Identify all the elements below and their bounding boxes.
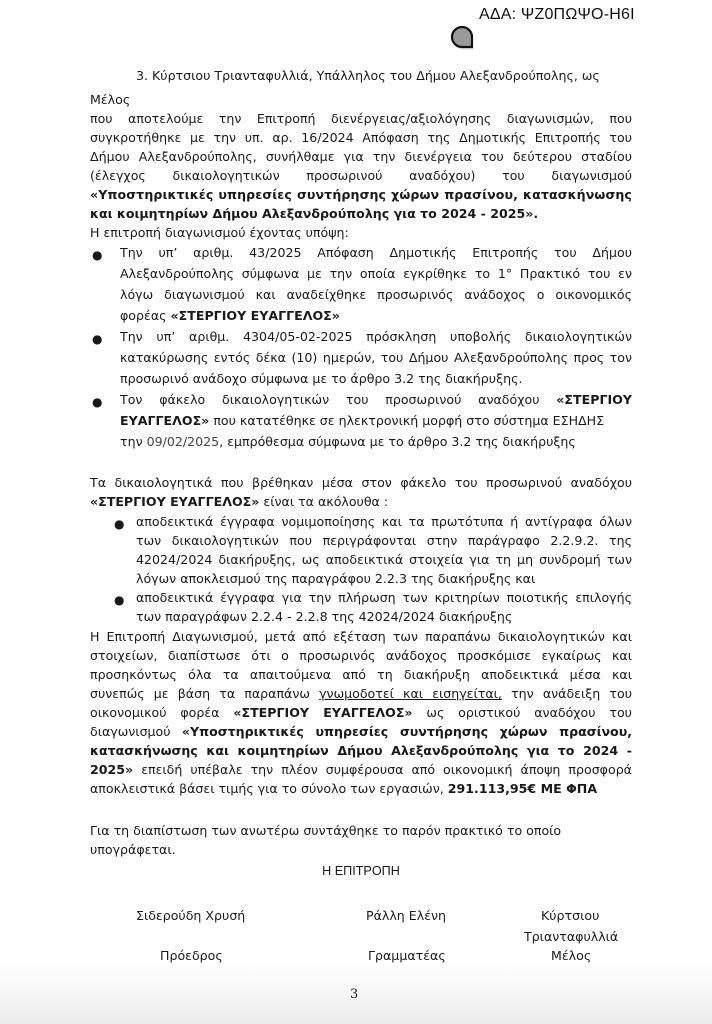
- signatory-role-secretary: Γραμματέας: [368, 948, 446, 963]
- drop-pin-icon: [449, 25, 475, 51]
- consideration-line: ΕΥΑΓΓΕΛΟΣ» που κατατέθηκε σε ηλεκτρονική…: [120, 412, 632, 431]
- document-item-line: 42024/2024 διακήρυξης, ως αποδεικτικά στ…: [136, 551, 632, 570]
- contract-amount: 291.113,95€ ΜΕ ΦΠΑ: [448, 781, 597, 796]
- text: διαγωνισμού: [90, 724, 182, 739]
- text: συνεπώς με βάση τα παραπάνω: [90, 686, 319, 701]
- signatory-name-secretary: Ράλλη Ελένη: [366, 908, 446, 923]
- bullet-icon: ●: [92, 330, 102, 349]
- bullet-icon: ●: [114, 515, 124, 534]
- signatory-name-chair: Σιδερούδη Χρυσή: [136, 908, 245, 923]
- consideration-line: Τον φάκελο δικαιολογητικών του προσωρινο…: [120, 391, 632, 410]
- document-item-line: των δικαιολογητικών που περιγράφονται στ…: [136, 532, 632, 551]
- text: , εμπρόθεσμα σύμφωνα με το άρθρο 3.2 της…: [219, 434, 576, 449]
- text: αποκλειστικά βάσει τιμής για το σύνολο τ…: [90, 781, 448, 796]
- conclusion-line: Η Επιτροπή Διαγωνισμού, μετά από εξέταση…: [90, 628, 632, 647]
- consideration-line: λόγω διαγωνισμού και αναδείχθηκε προσωρι…: [120, 286, 632, 305]
- text: οικονομικού φορέα: [90, 705, 233, 720]
- closing-line: υπογράφεται.: [90, 841, 632, 860]
- considering-heading: Η επιτροπή διαγωνισμού έχοντας υπόψη:: [90, 224, 632, 243]
- ada-identifier: ΑΔΑ: ΨΖ0ΠΩΨΟ-Η6Ι: [479, 6, 635, 24]
- recommendation-phrase: γνωμοδοτεί και εισηγείται,: [319, 686, 502, 701]
- conclusion-line: στοιχείων, διαπίστωσε ότι ο προσωρινός α…: [90, 647, 632, 666]
- text: φορέας: [120, 308, 171, 323]
- contractor-name: «ΣΤΕΡΓΙΟΥ ΕΥΑΓΓΕΛΟΣ»: [90, 494, 259, 509]
- signatory-name-member-line1: Κύρτσιου: [541, 908, 599, 923]
- text: που κατατέθηκε σε ηλεκτρονική μορφή στο …: [209, 413, 604, 428]
- conclusion-line: συνεπώς με βάση τα παραπάνω γνωμοδοτεί κ…: [90, 685, 632, 704]
- contractor-name: ΕΥΑΓΓΕΛΟΣ»: [120, 413, 209, 428]
- document-item-line: αποδεικτικά έγγραφα νομιμοποίησης και τα…: [136, 513, 632, 532]
- documents-intro-line: Τα δικαιολογητικά που βρέθηκαν μέσα στον…: [90, 474, 632, 493]
- contractor-name: «ΣΤΕΡΓΙΟΥ ΕΥΑΓΓΕΛΟΣ»: [171, 308, 340, 323]
- conclusion-line: προσηκόντως όλα τα απαιτούμενα από τη δι…: [90, 666, 632, 685]
- member-3-line: 3. Κύρτσιου Τριανταφυλλιά, Υπάλληλος του…: [136, 67, 678, 86]
- document-item-line: των παραγράφων 2.2.4 - 2.2.8 της 42024/2…: [136, 608, 632, 627]
- consideration-line: Την υπ’ αριθμ. 4304/05-02-2025 πρόσκληση…: [120, 328, 632, 347]
- conclusion-line: διαγωνισμού «Υποστηρικτικές υπηρεσίες συ…: [90, 723, 632, 742]
- page-number: 3: [350, 987, 358, 1002]
- conclusion-line: 2025» επειδή υπέβαλε την πλέον συμφέρουσ…: [90, 761, 632, 780]
- tender-title: «Υποστηρικτικές υπηρεσίες συντήρησης χώρ…: [182, 724, 632, 739]
- conclusion-line: αποκλειστικά βάσει τιμής για το σύνολο τ…: [90, 780, 632, 799]
- member-3-role: Μέλος: [90, 91, 632, 110]
- paragraph-line: Δήμου Αλεξανδρούπολης, συνήλθαμε για την…: [90, 148, 632, 167]
- paragraph-line: που αποτελούμε την Επιτροπή διενέργειας/…: [90, 110, 632, 129]
- consideration-line: κατακύρωσης εντός δέκα (10) ημερών, του …: [120, 349, 632, 368]
- consideration-line: την 09/02/2025, εμπρόθεσμα σύμφωνα με το…: [120, 433, 632, 452]
- bullet-icon: ●: [92, 393, 102, 412]
- signatory-name-member-line2: Τριανταφυλλιά: [524, 929, 618, 944]
- signatory-role-chair: Πρόεδρος: [160, 948, 223, 963]
- contractor-name: «ΣΤΕΡΓΙΟΥ ΕΥΑΓΓΕΛΟΣ»: [233, 705, 412, 720]
- closing-line: Για τη διαπίστωση των ανωτέρω συντάχθηκε…: [90, 822, 632, 841]
- bullet-icon: ●: [92, 246, 102, 265]
- paragraph-line: συγκροτήθηκε με την υπ. αρ. 16/2024 Απόφ…: [90, 129, 632, 148]
- text: την: [120, 434, 147, 449]
- tender-title-line: κατασκήνωσης και κοιμητηρίων Δήμου Αλεξα…: [90, 742, 632, 761]
- text: ως οριστικού αναδόχου του: [426, 705, 632, 720]
- text: είναι τα ακόλουθα :: [259, 494, 388, 509]
- documents-intro-line: «ΣΤΕΡΓΙΟΥ ΕΥΑΓΓΕΛΟΣ» είναι τα ακόλουθα :: [90, 493, 632, 512]
- consideration-line: προσωρινό ανάδοχο σύμφωνα με το άρθρο 3.…: [120, 370, 632, 389]
- consideration-line: Αλεξανδρούπολης σύμφωνα με την οποία εγκ…: [120, 265, 632, 284]
- contractor-name: «ΣΤΕΡΓΙΟΥ: [556, 392, 632, 407]
- document-item-line: αποδεικτικά έγγραφα για την πλήρωση των …: [136, 589, 632, 608]
- consideration-line: φορέας «ΣΤΕΡΓΙΟΥ ΕΥΑΓΓΕΛΟΣ»: [120, 307, 632, 326]
- document-item-line: λόγων αποκλεισμού της παραγράφου 2.2.3 τ…: [136, 570, 632, 589]
- tender-title: 2025»: [90, 762, 133, 777]
- committee-heading: Η ΕΠΙΤΡΟΠΗ: [90, 862, 632, 881]
- consideration-line: Την υπ’ αριθμ. 43/2025 Απόφαση Δημοτικής…: [120, 244, 632, 263]
- tender-title-line: «Υποστηρικτικές υπηρεσίες συντήρησης χώρ…: [90, 186, 632, 205]
- paragraph-line: (έλεγχος δικαιολογητικών προσωρινού αναδ…: [90, 167, 632, 186]
- text: την ανάδειξη του: [511, 686, 632, 701]
- signatory-role-member: Μέλος: [551, 948, 591, 963]
- tender-title-line: και κοιμητηρίων Δήμου Αλεξανδρούπολης γι…: [90, 205, 632, 224]
- text: Τον φάκελο δικαιολογητικών του προσωρινο…: [120, 392, 539, 407]
- submission-date: 09/02/2025: [147, 434, 220, 449]
- bullet-icon: ●: [114, 591, 124, 610]
- conclusion-line: οικονομικού φορέα «ΣΤΕΡΓΙΟΥ ΕΥΑΓΓΕΛΟΣ» ω…: [90, 704, 632, 723]
- text: επειδή υπέβαλε την πλέον συμφέρουσα από …: [141, 762, 632, 777]
